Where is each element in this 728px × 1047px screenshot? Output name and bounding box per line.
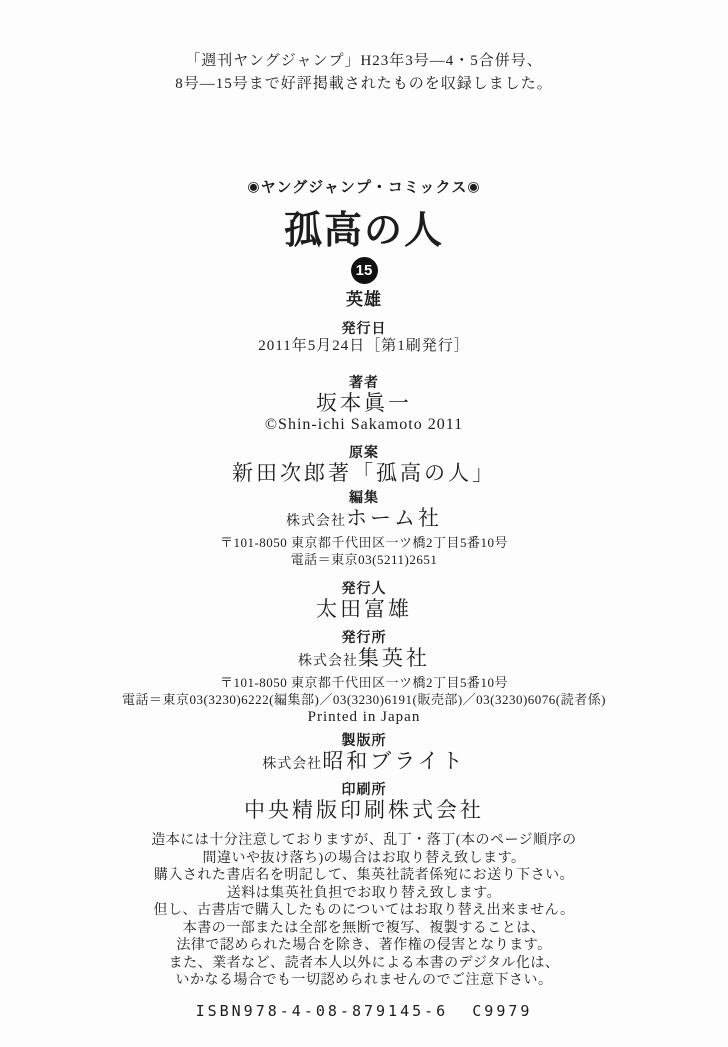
company-name: ホーム社: [346, 506, 442, 530]
publisher-address: 〒101-8050 東京都千代田区一ツ橋2丁目5番10号: [0, 674, 728, 691]
notice-line: いかなる場合でも一切認められませんのでご注意下さい。: [0, 972, 728, 990]
section-label: 発行人: [0, 580, 728, 597]
section-label: 原案: [0, 444, 728, 461]
notice-line: 本書の一部または全部を無断で複写、複製することは、: [0, 920, 728, 938]
editing-phone: 電話＝東京03(5211)2651: [0, 551, 728, 568]
section-label: 発行所: [0, 629, 728, 646]
imprint-label: ヤングジャンプ・コミックス: [261, 179, 468, 196]
publisher-phone: 電話＝東京03(3230)6222(編集部)／03(3230)6191(販売部)…: [0, 691, 728, 708]
editing-company: 株式会社ホーム社: [0, 506, 728, 534]
author-name: 坂本眞一: [0, 391, 728, 415]
notice-line: 造本には十分注意しておりますが、乱丁・落丁(本のページ順序の: [0, 832, 728, 850]
section-printing: 印刷所 中央精版印刷株式会社: [0, 781, 728, 822]
volume-number-badge: 15: [351, 257, 378, 284]
book-title: 孤高の人: [0, 209, 728, 253]
company-name: 集英社: [358, 646, 430, 670]
section-label: 著者: [0, 374, 728, 391]
fisheye-mark-icon: ◉: [467, 178, 480, 194]
company-prefix: 株式会社: [298, 654, 358, 669]
publisher-company: 株式会社集英社: [0, 646, 728, 674]
notice-line: 送料は集英社負担でお取り替え致します。: [0, 885, 728, 903]
notice-line: 間違いや抜け落ち)の場合はお取り替え致します。: [0, 850, 728, 868]
section-original-work: 原案 新田次郎著「孤高の人」: [0, 444, 728, 485]
section-label: 発行日: [0, 320, 728, 337]
notice-line: 但し、古書店で購入したものについてはお取り替え出来ません。: [0, 902, 728, 920]
printing-company: 中央精版印刷株式会社: [0, 798, 728, 822]
fisheye-mark-icon: ◉: [247, 178, 260, 194]
isbn-line: ISBN978-4-08-879145-6 C9979: [0, 1002, 728, 1020]
section-label: 製版所: [0, 732, 728, 749]
section-label: 印刷所: [0, 781, 728, 798]
serialization-note: 「週刊ヤングジャンプ」H23年3号―4・5合併号、 8号―15号まで好評掲載され…: [0, 50, 728, 96]
section-issuer: 発行人 太田富雄: [0, 580, 728, 621]
notice-line: 購入された書店名を明記して、集英社読者係宛にお送り下さい。: [0, 867, 728, 885]
company-prefix: 株式会社: [286, 514, 346, 529]
company-name: 昭和ブライト: [322, 749, 465, 773]
copyright-line: ©Shin-ichi Sakamoto 2011: [0, 415, 728, 434]
company-prefix: 株式会社: [262, 757, 322, 772]
colophon-page: 「週刊ヤングジャンプ」H23年3号―4・5合併号、 8号―15号まで好評掲載され…: [0, 0, 728, 1047]
purchase-notice: 造本には十分注意しておりますが、乱丁・落丁(本のページ順序の 間違いや抜け落ち)…: [0, 832, 728, 990]
section-editing: 編集 株式会社ホーム社 〒101-8050 東京都千代田区一ツ橋2丁目5番10号…: [0, 489, 728, 568]
section-issue-date: 発行日 2011年5月24日［第1刷発行］: [0, 320, 728, 356]
notice-line: 法律で認められた場合を除き、著作権の侵害となります。: [0, 937, 728, 955]
section-author: 著者 坂本眞一 ©Shin-ichi Sakamoto 2011: [0, 374, 728, 434]
editing-address: 〒101-8050 東京都千代田区一ツ橋2丁目5番10号: [0, 534, 728, 551]
printed-in-line: Printed in Japan: [0, 708, 728, 726]
serialization-note-line: 8号―15号まで好評掲載されたものを収録しました。: [0, 73, 728, 96]
notice-line: また、業者など、読者本人以外による本書のデジタル化は、: [0, 955, 728, 973]
volume-subtitle: 英雄: [0, 290, 728, 310]
issuer-name: 太田富雄: [0, 597, 728, 621]
issue-date-value: 2011年5月24日［第1刷発行］: [0, 337, 728, 356]
section-publisher: 発行所 株式会社集英社 〒101-8050 東京都千代田区一ツ橋2丁目5番10号…: [0, 629, 728, 726]
plate-making-company: 株式会社昭和ブライト: [0, 749, 728, 777]
imprint-line: ◉ヤングジャンプ・コミックス◉: [0, 176, 728, 197]
section-plate-making: 製版所 株式会社昭和ブライト: [0, 732, 728, 777]
section-label: 編集: [0, 489, 728, 506]
serialization-note-line: 「週刊ヤングジャンプ」H23年3号―4・5合併号、: [0, 50, 728, 73]
volume-number: 15: [356, 262, 373, 279]
original-work-value: 新田次郎著「孤高の人」: [0, 461, 728, 485]
